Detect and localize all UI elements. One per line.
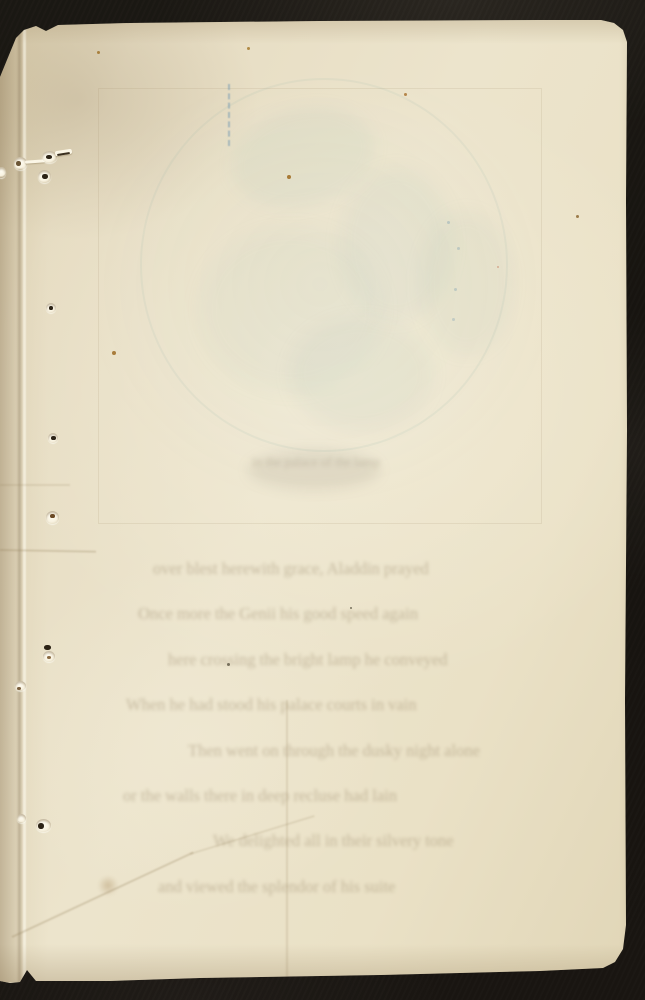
ghost-text-line: We delighted all in their silvery tone bbox=[108, 818, 568, 863]
scanned-book-photo: in the palace of the lamp over blest her… bbox=[0, 0, 645, 1000]
hole-fleck bbox=[16, 161, 21, 166]
crease-line bbox=[286, 700, 288, 978]
worm-hole bbox=[17, 814, 26, 823]
hole-fleck bbox=[49, 306, 53, 310]
ghost-text-line: When he had stood his palace courts in v… bbox=[108, 682, 568, 727]
ghost-text-line: and viewed the splendor of his suite bbox=[108, 864, 568, 909]
ghost-text-line: here crossing the bright lamp he conveye… bbox=[108, 637, 568, 682]
hole-fleck bbox=[38, 823, 44, 829]
crease-line bbox=[0, 484, 70, 486]
hole-fleck bbox=[46, 155, 52, 159]
ink-fleck bbox=[457, 247, 460, 250]
blue-dashed-mark bbox=[228, 84, 230, 146]
fold-crease-highlight bbox=[23, 0, 26, 1000]
ink-fleck bbox=[497, 266, 499, 268]
ghost-text-line: or the walls there in deep recluse had l… bbox=[108, 773, 568, 818]
ghost-swirl bbox=[200, 228, 382, 390]
hole-fleck bbox=[17, 687, 21, 690]
hole-fleck bbox=[47, 656, 51, 659]
foxing-speck bbox=[404, 93, 407, 96]
book-page: in the palace of the lamp over blest her… bbox=[0, 0, 645, 1000]
foxing-speck bbox=[350, 607, 352, 609]
ghost-caption: in the palace of the lamp bbox=[252, 452, 412, 471]
fold-crease-shadow bbox=[18, 0, 21, 1000]
foxing-speck bbox=[112, 351, 116, 355]
foxing-speck bbox=[97, 51, 100, 54]
hole-fleck bbox=[42, 174, 48, 179]
ghost-text-line: Then went on through the dusky night alo… bbox=[108, 728, 568, 773]
gutter-shadow bbox=[0, 0, 52, 1000]
ink-fleck bbox=[447, 221, 450, 224]
crease-line bbox=[0, 549, 96, 553]
ghost-text-block: over blest herewith grace, Aladdin praye… bbox=[108, 546, 568, 909]
foxing-speck bbox=[287, 175, 291, 179]
ghost-text-line: Once more the Genii his good speed again bbox=[108, 591, 568, 636]
ghost-swirl bbox=[290, 318, 432, 430]
ghost-swirl bbox=[340, 168, 452, 320]
hole-fleck bbox=[51, 436, 56, 440]
foxing-speck bbox=[247, 47, 250, 50]
ink-fleck bbox=[454, 288, 457, 291]
ghost-engraving-circle bbox=[140, 78, 508, 452]
ink-fleck bbox=[452, 318, 455, 321]
foxing-speck bbox=[227, 663, 230, 666]
ghost-swirl bbox=[220, 92, 385, 222]
tear-shadow bbox=[57, 152, 70, 156]
foxing-speck bbox=[576, 215, 579, 218]
ghost-text-line: over blest herewith grace, Aladdin praye… bbox=[108, 546, 568, 591]
hole-fleck bbox=[50, 514, 55, 518]
worm-hole bbox=[0, 167, 6, 178]
hole-fleck bbox=[44, 645, 51, 650]
